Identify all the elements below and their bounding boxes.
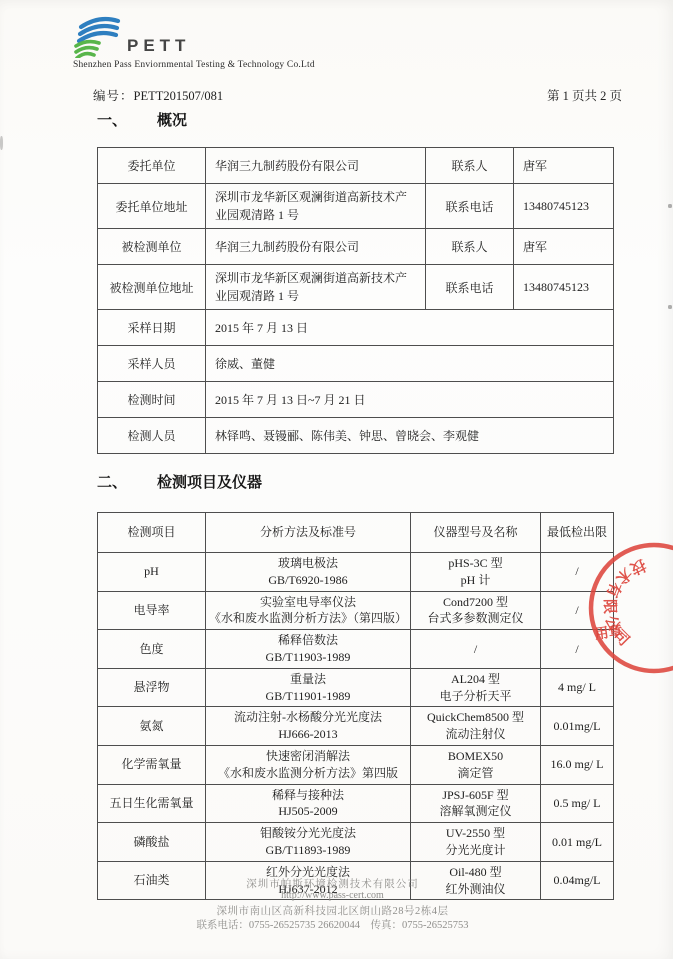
table-row: 检测人员林铎鸣、聂镘郦、陈伟美、钟思、曾晓会、李观健 [98,418,614,454]
section2-index: 二、 [97,471,127,492]
t2-limit: / [541,591,614,630]
footer-address: 深圳市南山区高新科技园北区朗山路28号2栋4层 [0,903,665,918]
t2-limit: 0.01 mg/L [541,823,614,862]
t2-method: 稀释与接种法HJ505-2009 [206,784,411,823]
table-row: pH玻璃电极法GB/T6920-1986pHS-3C 型pH 计/ [98,553,614,592]
t2-method-line1: 重量法 [209,671,407,688]
t2-method-line2: 《水和废水监测分析方法》第四版 [209,765,407,782]
t2-method-line1: 实验室电导率仪法 [209,594,407,611]
page-indicator: 第 1 页共 2 页 [547,86,622,104]
t2-limit: 0.01mg/L [541,707,614,746]
t2-limit: 4 mg/ L [541,668,614,707]
t1-label: 采样日期 [98,310,206,346]
brand-subtitle: Shenzhen Pass Enviornmental Testing & Te… [73,60,315,70]
t1-value: 2015 年 7 月 13 日 [206,310,614,346]
t2-item: pH [98,553,206,592]
t2-header: 检测项目 [98,513,206,553]
t2-method: 玻璃电极法GB/T6920-1986 [206,553,411,592]
table-row: 委托单位地址深圳市龙华新区观澜街道高新技术产业园观清路 1 号联系电话13480… [98,184,614,229]
t2-method-line1: 钼酸铵分光光度法 [209,825,407,842]
table-row: 被检测单位华润三九制药股份有限公司联系人唐军 [98,229,614,265]
t1-value: 2015 年 7 月 13 日~7 月 21 日 [206,382,614,418]
table-header-row: 检测项目分析方法及标准号仪器型号及名称最低检出限 [98,513,614,553]
table-row: 化学需氧量快速密闭消解法《水和废水监测分析方法》第四版BOMEX50滴定管16.… [98,745,614,784]
t2-instrument: JPSJ-605F 型溶解氧测定仪 [411,784,541,823]
t2-item: 化学需氧量 [98,745,206,784]
t2-instrument-line1: Cond7200 型 [414,594,537,611]
table-row: 被检测单位地址深圳市龙华新区观澜街道高新技术产业园观清路 1 号联系电话1348… [98,265,614,310]
table-row: 氨氮流动注射-水杨酸分光光度法HJ666-2013QuickChem8500 型… [98,707,614,746]
t1-value: 深圳市龙华新区观澜街道高新技术产业园观清路 1 号 [206,265,426,310]
table-row: 采样人员徐威、董健 [98,346,614,382]
t2-limit: 16.0 mg/ L [541,745,614,784]
t1-value: 13480745123 [514,265,614,310]
t1-value: 深圳市龙华新区观澜街道高新技术产业园观清路 1 号 [206,184,426,229]
section1-heading: 一、概况 [97,109,187,130]
t2-item: 磷酸盐 [98,823,206,862]
t2-limit: / [541,553,614,592]
t2-method: 重量法GB/T11901-1989 [206,668,411,707]
t2-instrument-line1: QuickChem8500 型 [414,709,537,726]
overview-table: 委托单位华润三九制药股份有限公司联系人唐军委托单位地址深圳市龙华新区观澜街道高新… [97,147,614,454]
table-row: 检测时间2015 年 7 月 13 日~7 月 21 日 [98,382,614,418]
table-row: 悬浮物重量法GB/T11901-1989AL204 型电子分析天平4 mg/ L [98,668,614,707]
t2-method: 钼酸铵分光光度法GB/T11893-1989 [206,823,411,862]
document-number-value: PETT201507/081 [134,89,224,103]
t2-method-line1: 流动注射-水杨酸分光光度法 [209,709,407,726]
t2-method-line1: 玻璃电极法 [209,555,407,572]
t2-instrument: QuickChem8500 型流动注射仪 [411,707,541,746]
t1-label: 采样人员 [98,346,206,382]
footer-contacts: 联系电话：0755-26525735 26620044 传真：0755-2652… [0,917,665,932]
t2-item: 电导率 [98,591,206,630]
scan-artifact [0,136,3,150]
table-row: 委托单位华润三九制药股份有限公司联系人唐军 [98,148,614,184]
table-row: 电导率实验室电导率仪法《水和废水监测分析方法》（第四版）Cond7200 型台式… [98,591,614,630]
t2-item: 悬浮物 [98,668,206,707]
pett-logo-icon [73,13,123,58]
t2-instrument: Cond7200 型台式多参数测定仪 [411,591,541,630]
t2-item: 色度 [98,630,206,669]
t2-instrument-line1: pHS-3C 型 [414,555,537,572]
t2-item: 氨氮 [98,707,206,746]
t1-label: 联系电话 [426,265,514,310]
document-number-label: 编号： [93,89,134,103]
t2-method-line2: 《水和废水监测分析方法》（第四版） [209,610,407,627]
t1-label: 委托单位 [98,148,206,184]
footer-company: 深圳市帕斯环境检测技术有限公司 [0,876,665,891]
brand-header: PETT Shenzhen Pass Enviornmental Testing… [73,13,315,70]
t1-value: 华润三九制药股份有限公司 [206,229,426,265]
t2-instrument: UV-2550 型分光光度计 [411,823,541,862]
t2-item: 五日生化需氧量 [98,784,206,823]
t2-instrument-line1: / [414,641,537,658]
t1-label: 检测时间 [98,382,206,418]
table-row: 采样日期2015 年 7 月 13 日 [98,310,614,346]
t2-method: 稀释倍数法GB/T11903-1989 [206,630,411,669]
table-row: 色度稀释倍数法GB/T11903-1989// [98,630,614,669]
t1-value: 唐军 [514,148,614,184]
table-row: 五日生化需氧量稀释与接种法HJ505-2009JPSJ-605F 型溶解氧测定仪… [98,784,614,823]
t2-instrument: / [411,630,541,669]
t2-instrument-line2: 滴定管 [414,765,537,782]
document-number: 编号：PETT201507/081 [93,86,223,104]
t2-method-line1: 快速密闭消解法 [209,748,407,765]
t1-label: 委托单位地址 [98,184,206,229]
t2-method-line2: GB/T11901-1989 [209,688,407,705]
t1-label: 检测人员 [98,418,206,454]
brand-name: PETT [127,36,190,56]
t2-method-line2: HJ505-2009 [209,803,407,820]
t2-instrument: pHS-3C 型pH 计 [411,553,541,592]
t1-value: 徐威、董健 [206,346,614,382]
t2-instrument-line1: BOMEX50 [414,748,537,765]
t1-label: 联系人 [426,148,514,184]
t2-instrument-line2: 分光光度计 [414,842,537,859]
t1-label: 被检测单位地址 [98,265,206,310]
t2-header: 仪器型号及名称 [411,513,541,553]
t2-instrument: BOMEX50滴定管 [411,745,541,784]
items-table: 检测项目分析方法及标准号仪器型号及名称最低检出限 pH玻璃电极法GB/T6920… [97,512,614,900]
footer-website: http://www.pass-cert.com [0,890,665,901]
t1-value: 华润三九制药股份有限公司 [206,148,426,184]
t2-instrument-line1: UV-2550 型 [414,825,537,842]
section1-index: 一、 [97,109,127,130]
t2-instrument-line2: 台式多参数测定仪 [414,610,537,627]
t2-method: 实验室电导率仪法《水和废水监测分析方法》（第四版） [206,591,411,630]
t2-instrument-line2: pH 计 [414,572,537,589]
t2-instrument-line2: 溶解氧测定仪 [414,803,537,820]
t1-label: 联系人 [426,229,514,265]
t2-method: 流动注射-水杨酸分光光度法HJ666-2013 [206,707,411,746]
section2-title: 检测项目及仪器 [157,475,262,491]
t2-header: 最低检出限 [541,513,614,553]
table-row: 磷酸盐钼酸铵分光光度法GB/T11893-1989UV-2550 型分光光度计0… [98,823,614,862]
section2-heading: 二、检测项目及仪器 [97,471,262,492]
t2-limit: 0.5 mg/ L [541,784,614,823]
t2-method-line2: GB/T11893-1989 [209,842,407,859]
t2-method: 快速密闭消解法《水和废水监测分析方法》第四版 [206,745,411,784]
t2-header: 分析方法及标准号 [206,513,411,553]
t2-instrument-line2: 电子分析天平 [414,688,537,705]
t1-value: 13480745123 [514,184,614,229]
t1-value: 唐军 [514,229,614,265]
t2-method-line2: GB/T11903-1989 [209,649,407,666]
t2-method-line2: HJ666-2013 [209,726,407,743]
t1-value: 林铎鸣、聂镘郦、陈伟美、钟思、曾晓会、李观健 [206,418,614,454]
section1-title: 概况 [157,113,187,129]
t1-label: 联系电话 [426,184,514,229]
t2-instrument: AL204 型电子分析天平 [411,668,541,707]
t2-instrument-line2: 流动注射仪 [414,726,537,743]
t2-limit: / [541,630,614,669]
report-page: PETT Shenzhen Pass Enviornmental Testing… [0,0,673,959]
t2-instrument-line1: AL204 型 [414,671,537,688]
t2-method-line1: 稀释与接种法 [209,787,407,804]
t2-method-line2: GB/T6920-1986 [209,572,407,589]
scan-artifact [668,204,672,208]
scan-artifact [668,305,672,309]
t2-method-line1: 稀释倍数法 [209,632,407,649]
t1-label: 被检测单位 [98,229,206,265]
t2-instrument-line1: JPSJ-605F 型 [414,787,537,804]
